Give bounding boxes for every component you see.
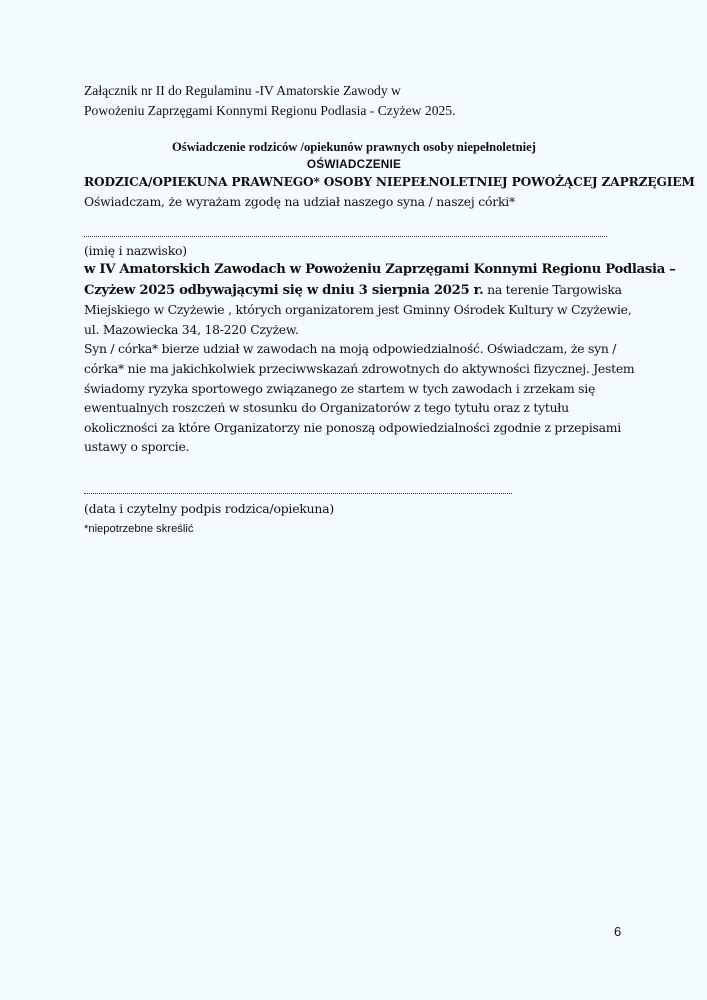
body-line: ul. Mazowiecka 34, 18-220 Czyżew. <box>84 320 624 340</box>
signature-caption: (data i czytelny podpis rodzica/opiekuna… <box>84 500 334 518</box>
event-date-bold: Czyżew 2025 odbywającymi się w dniu 3 si… <box>84 283 483 298</box>
body-line: świadomy ryzyka sportowego związanego ze… <box>84 379 624 399</box>
declaration-paragraph: w IV Amatorskich Zawodach w Powożeniu Za… <box>84 260 624 457</box>
consent-statement: Oświadczam, że wyrażam zgodę na udział n… <box>84 193 515 211</box>
signature-fill-line <box>84 493 512 494</box>
name-fill-line <box>84 236 607 237</box>
annex-line: Powożeniu Zaprzęgami Konnymi Regionu Pod… <box>84 101 604 121</box>
body-line: córka* nie ma jakichkolwiek przeciwwskaz… <box>84 359 624 379</box>
annex-header: Załącznik nr II do Regulaminu -IV Amator… <box>84 81 604 121</box>
footnote: *niepotrzebne skreślić <box>84 521 193 537</box>
body-line: Miejskiego w Czyżewie , których organiza… <box>84 300 624 320</box>
name-field-caption: (imię i nazwisko) <box>84 242 187 260</box>
event-line-2: Czyżew 2025 odbywającymi się w dniu 3 si… <box>84 280 624 301</box>
body-line: okoliczności za które Organizatorzy nie … <box>84 418 624 438</box>
event-line-1: w IV Amatorskich Zawodach w Powożeniu Za… <box>84 260 624 280</box>
page-number: 6 <box>614 924 621 940</box>
document-title: OŚWIADCZENIE <box>84 156 624 172</box>
event-location-text: na terenie Targowiska <box>483 282 621 297</box>
document-title-line2: RODZICA/OPIEKUNA PRAWNEGO* OSOBY NIEPEŁN… <box>84 173 634 191</box>
body-line: ustawy o sporcie. <box>84 437 624 457</box>
body-line: Syn / córka* bierze udział w zawodach na… <box>84 339 624 359</box>
document-subtitle: Oświadczenie rodziców /opiekunów prawnyc… <box>84 139 624 155</box>
document-page: Załącznik nr II do Regulaminu -IV Amator… <box>0 0 707 1000</box>
body-line: ewentualnych roszczeń w stosunku do Orga… <box>84 398 624 418</box>
annex-line: Załącznik nr II do Regulaminu -IV Amator… <box>84 81 604 101</box>
